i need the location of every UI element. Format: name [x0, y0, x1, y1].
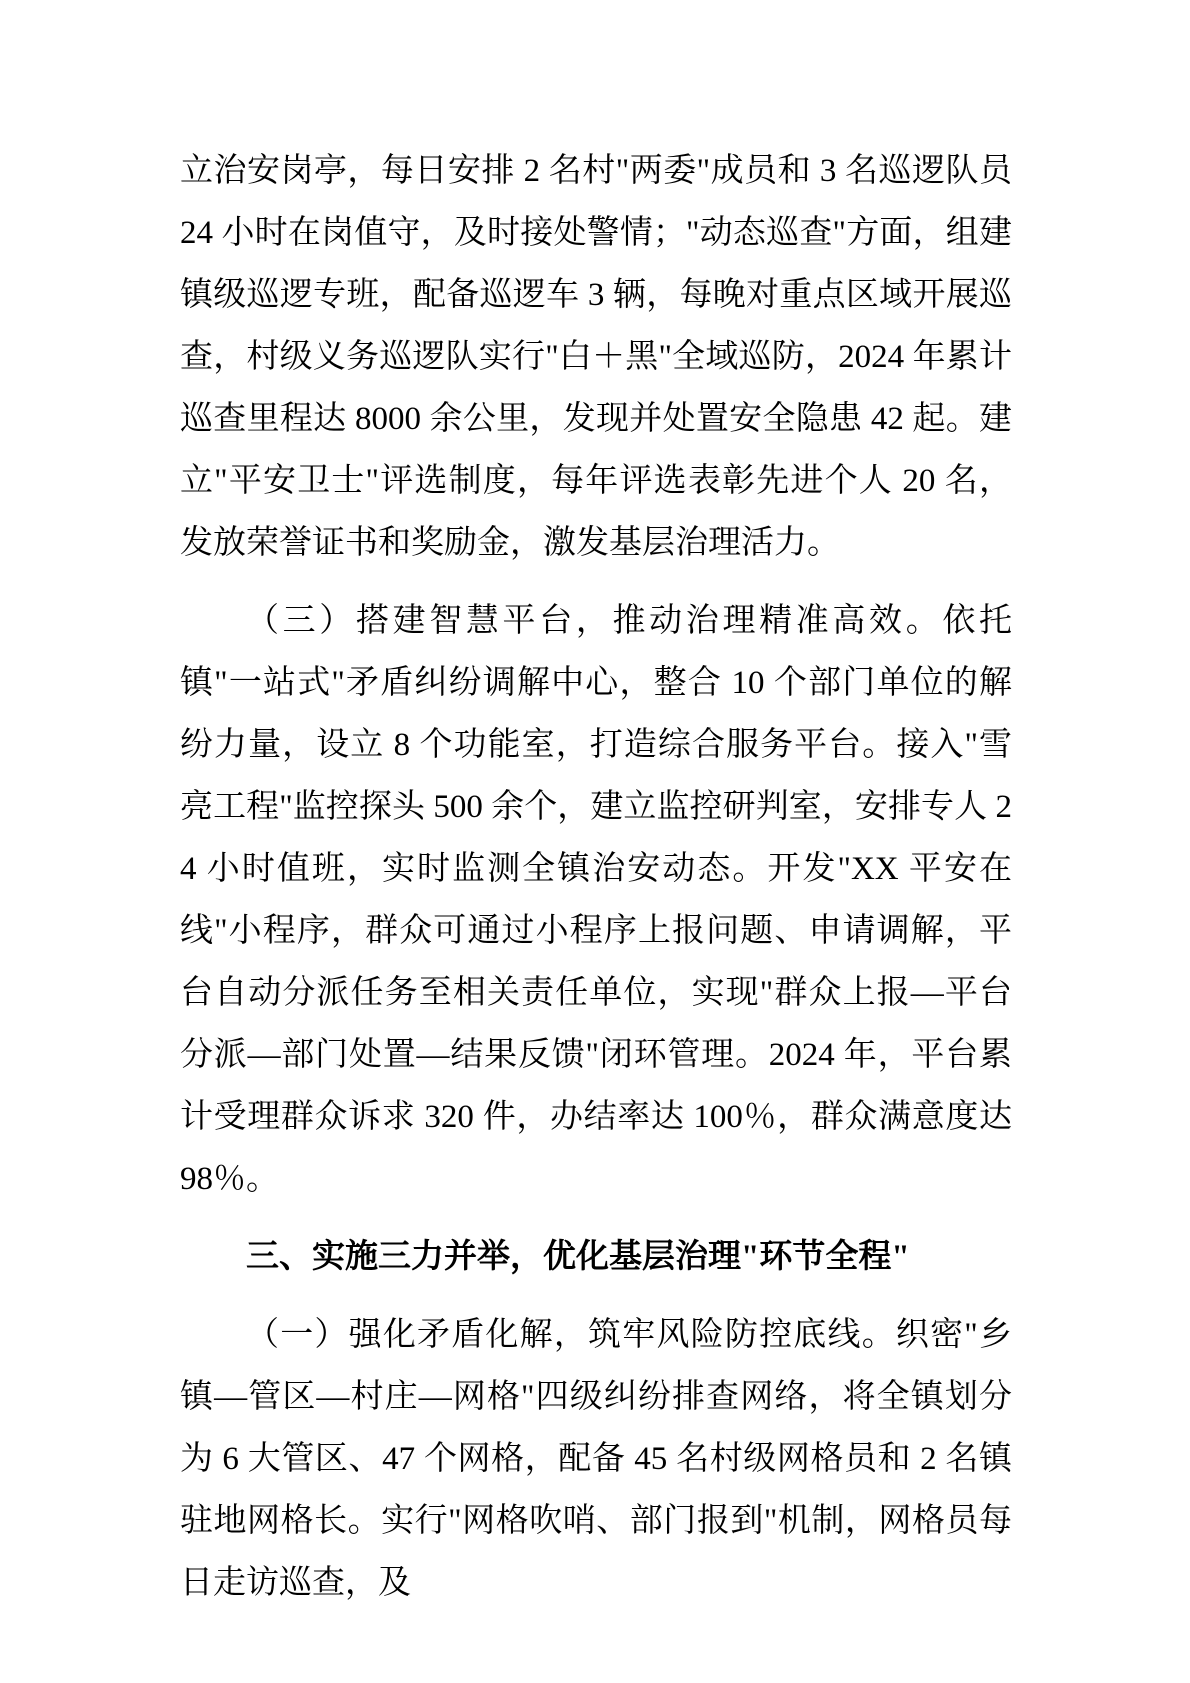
section-heading: 三、实施三力并举，优化基层治理"环节全程" — [180, 1226, 1012, 1288]
paragraph: 立治安岗亭，每日安排 2 名村"两委"成员和 3 名巡逻队员 24 小时在岗值守… — [180, 140, 1012, 574]
paragraph: （三）搭建智慧平台，推动治理精准高效。依托镇"一站式"矛盾纠纷调解中心，整合 1… — [180, 590, 1012, 1210]
document-page: 立治安岗亭，每日安排 2 名村"两委"成员和 3 名巡逻队员 24 小时在岗值守… — [0, 0, 1190, 1683]
document-text-body: 立治安岗亭，每日安排 2 名村"两委"成员和 3 名巡逻队员 24 小时在岗值守… — [180, 140, 1012, 1614]
paragraph: （一）强化矛盾化解，筑牢风险防控底线。织密"乡镇—管区—村庄—网格"四级纠纷排查… — [180, 1304, 1012, 1614]
